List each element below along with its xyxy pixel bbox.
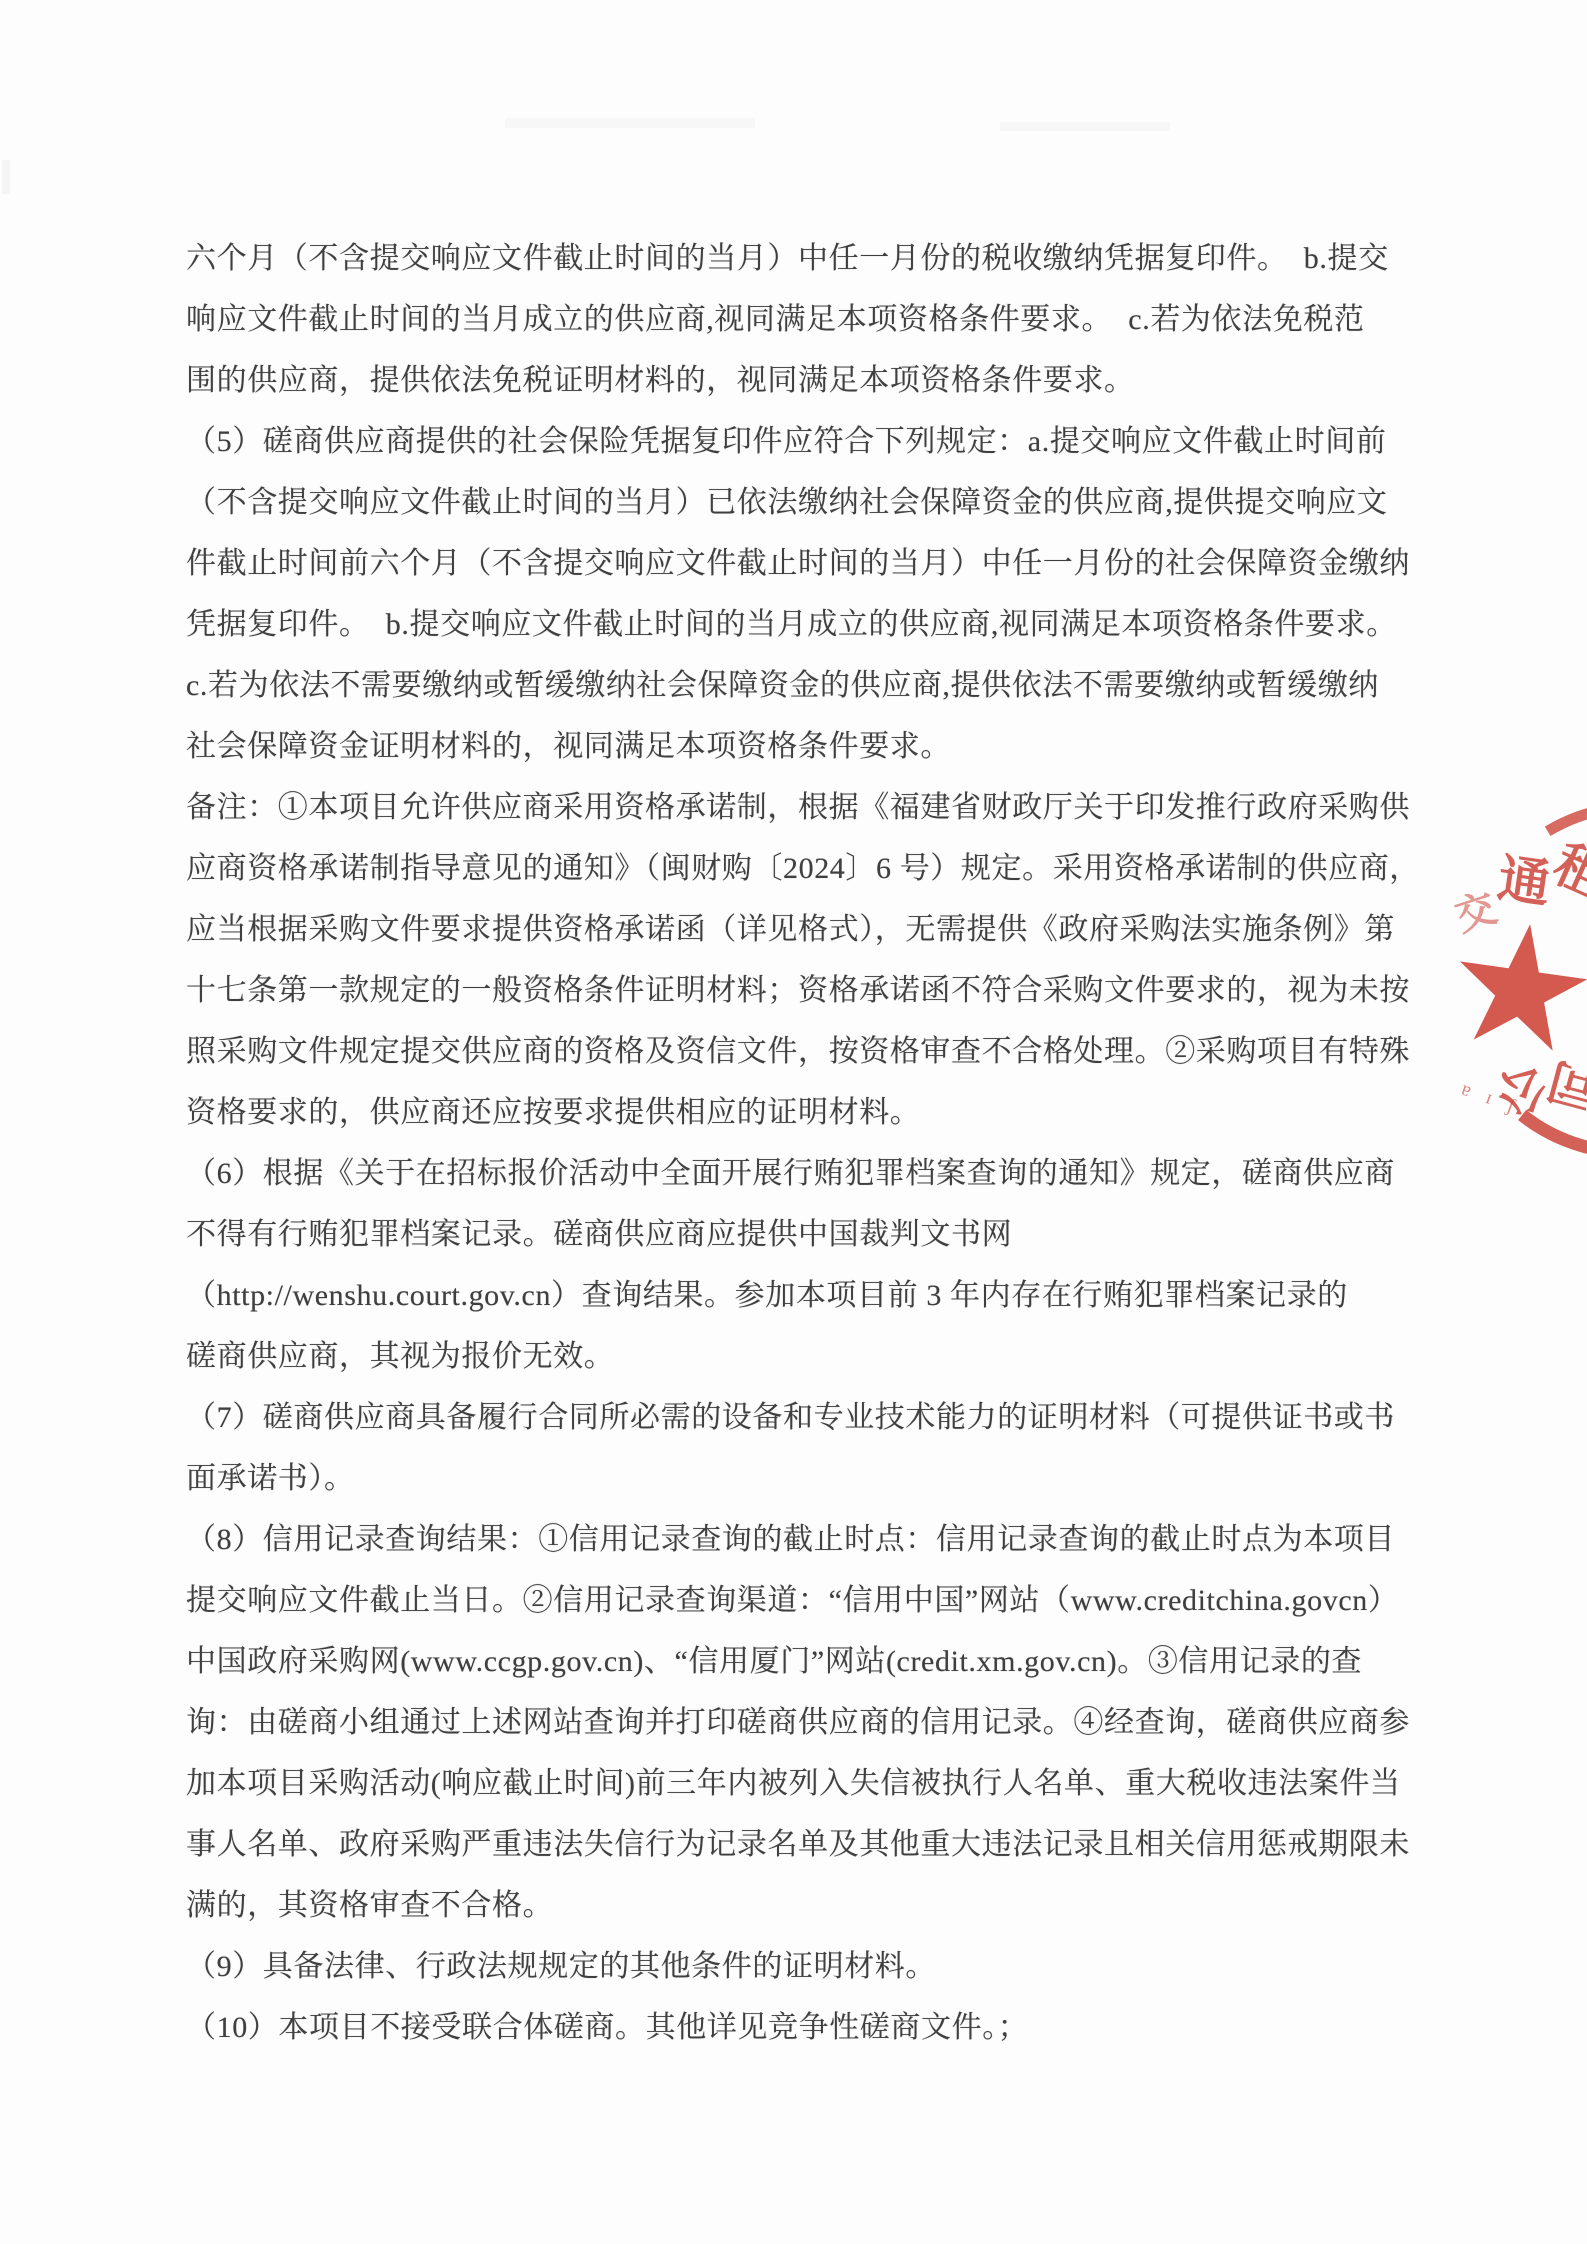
text-line: （http://wenshu.court.gov.cn）查询结果。参加本项目前 … bbox=[186, 1265, 1416, 1326]
text-line: 响应文件截止时间的当月成立的供应商,视同满足本项资格条件要求。 c.若为依法免税… bbox=[186, 289, 1416, 350]
text-line: （9）具备法律、行政法规规定的其他条件的证明材料。 bbox=[186, 1936, 1416, 1997]
text-line: 事人名单、政府采购严重违法失信行为记录名单及其他重大违法记录且相关信用惩戒期限未 bbox=[186, 1814, 1416, 1875]
text-line: （5）磋商供应商提供的社会保险凭据复印件应符合下列规定：a.提交响应文件截止时间… bbox=[186, 411, 1416, 472]
text-line: （不含提交响应文件截止时间的当月）已依法缴纳社会保障资金的供应商,提供提交响应文 bbox=[186, 472, 1416, 533]
text-line: 十七条第一款规定的一般资格条件证明材料；资格承诺函不符合采购文件要求的，视为未按 bbox=[186, 960, 1416, 1021]
text-line: （8）信用记录查询结果：①信用记录查询的截止时点：信用记录查询的截止时点为本项目 bbox=[186, 1509, 1416, 1570]
seal-ring-character: 租 bbox=[1546, 839, 1587, 908]
text-line: 应当根据采购文件要求提供资格承诺函（详见格式），无需提供《政府采购法实施条例》第 bbox=[186, 899, 1416, 960]
seal-ink-fragment: ʃ ɪ a bbox=[1452, 1077, 1517, 1120]
text-line: 中国政府采购网(www.ccgp.gov.cn)、“信用厦门”网站(credit… bbox=[186, 1631, 1416, 1692]
text-line: 六个月（不含提交响应文件截止时间的当月）中任一月份的税收缴纳凭据复印件。 b.提… bbox=[186, 228, 1416, 289]
text-line: （7）磋商供应商具备履行合同所必需的设备和专业技术能力的证明材料（可提供证书或书 bbox=[186, 1387, 1416, 1448]
text-line: 件截止时间前六个月（不含提交响应文件截止时间的当月）中任一月份的社会保障资金缴纳 bbox=[186, 533, 1416, 594]
text-line: 备注：①本项目允许供应商采用资格承诺制，根据《福建省财政厅关于印发推行政府采购供 bbox=[186, 777, 1416, 838]
scan-artifact bbox=[505, 118, 755, 128]
seal-ring-bottom-arc bbox=[1436, 793, 1587, 1176]
text-line: 社会保障资金证明材料的，视同满足本项资格条件要求。 bbox=[186, 716, 1416, 777]
text-line: 凭据复印件。 b.提交响应文件截止时间的当月成立的供应商,视同满足本项资格条件要… bbox=[186, 594, 1416, 655]
scan-artifact bbox=[1000, 122, 1170, 131]
text-line: 资格要求的，供应商还应按要求提供相应的证明材料。 bbox=[186, 1082, 1416, 1143]
text-line: 围的供应商，提供依法免税证明材料的，视同满足本项资格条件要求。 bbox=[186, 350, 1416, 411]
seal-ring-character: 公 bbox=[1495, 1060, 1550, 1118]
text-line: 照采购文件规定提交供应商的资格及资信文件，按资格审查不合格处理。②采购项目有特殊 bbox=[186, 1021, 1416, 1082]
star-icon: ★ bbox=[1435, 893, 1587, 1080]
seal-ring-character: 司 bbox=[1542, 1052, 1587, 1115]
text-line: （10）本项目不接受联合体磋商。其他详见竞争性磋商文件。； bbox=[186, 1997, 1416, 2058]
text-line: 磋商供应商，其视为报价无效。 bbox=[186, 1326, 1416, 1387]
document-text: 六个月（不含提交响应文件截止时间的当月）中任一月份的税收缴纳凭据复印件。 b.提… bbox=[186, 228, 1416, 2058]
seal-ring-character: 通 bbox=[1495, 854, 1554, 913]
text-line: 满的，其资格审查不合格。 bbox=[186, 1875, 1416, 1936]
text-line: （6）根据《关于在招标报价活动中全面开展行贿犯罪档案查询的通知》规定，磋商供应商 bbox=[186, 1143, 1416, 1204]
seal-ring-character: 交 bbox=[1449, 882, 1503, 944]
text-line: 面承诺书）。 bbox=[186, 1448, 1416, 1509]
text-line: 询：由磋商小组通过上述网站查询并打印磋商供应商的信用记录。④经查询，磋商供应商参 bbox=[186, 1692, 1416, 1753]
text-line: c.若为依法不需要缴纳或暂缓缴纳社会保障资金的供应商,提供依法不需要缴纳或暂缓缴… bbox=[186, 655, 1416, 716]
scanned-document-page: 六个月（不含提交响应文件截止时间的当月）中任一月份的税收缴纳凭据复印件。 b.提… bbox=[0, 0, 1587, 2244]
seal-ring-top-arc bbox=[1420, 763, 1587, 1197]
scan-artifact bbox=[2, 160, 10, 194]
text-line: 应商资格承诺制指导意见的通知》（闽财购〔2024〕6 号）规定。采用资格承诺制的… bbox=[186, 838, 1416, 899]
text-line: 不得有行贿犯罪档案记录。磋商供应商应提供中国裁判文书网 bbox=[186, 1204, 1416, 1265]
red-company-seal: ★ 交 通 租 公 司 ʃ ɪ a bbox=[1398, 795, 1587, 1155]
text-line: 加本项目采购活动(响应截止时间)前三年内被列入失信被执行人名单、重大税收违法案件… bbox=[186, 1753, 1416, 1814]
text-line: 提交响应文件截止当日。②信用记录查询渠道：“信用中国”网站（www.credit… bbox=[186, 1570, 1416, 1631]
